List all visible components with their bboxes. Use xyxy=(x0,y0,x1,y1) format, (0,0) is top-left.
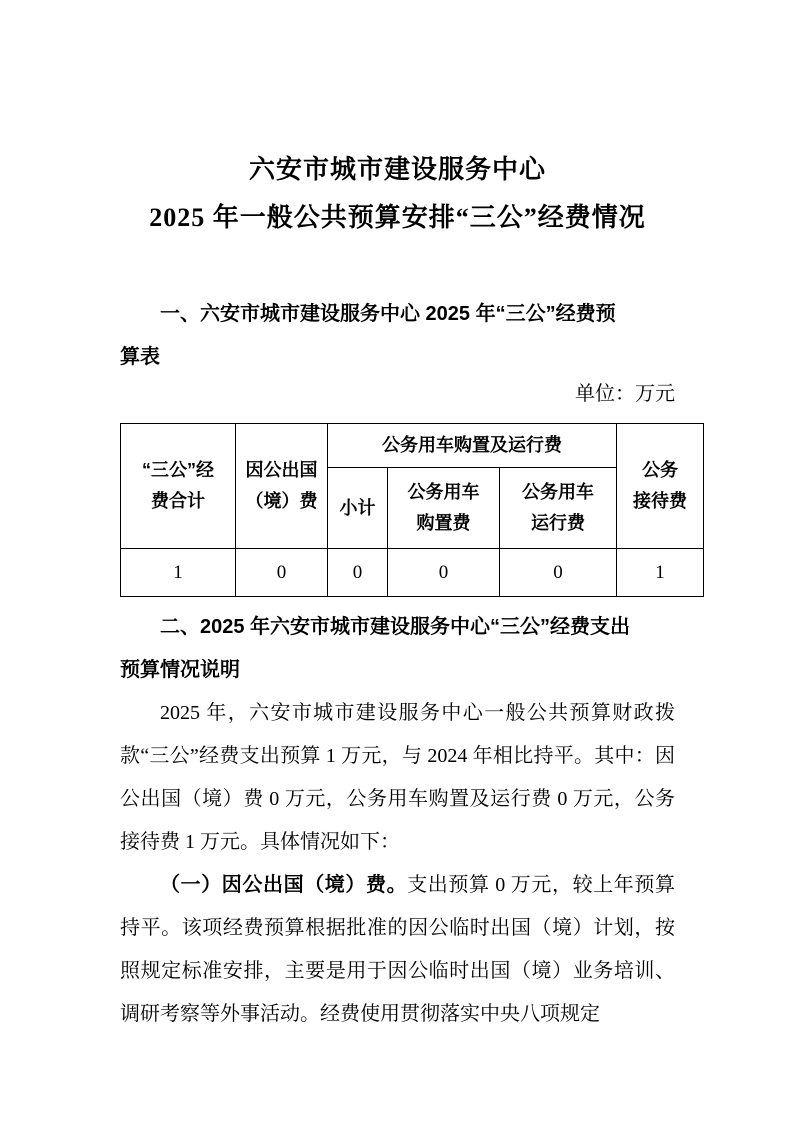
table-header-vehicle-group: 公务用车购置及运行费 xyxy=(328,424,617,468)
section-2-heading: 二、2025 年六安市城市建设服务中心“三公”经费支出 预算情况说明 xyxy=(120,606,675,692)
table-data-row: 1 0 0 0 0 1 xyxy=(121,549,704,597)
paragraph-abroad-lead: （一）因公出国（境）费。 xyxy=(160,874,407,896)
table-header-vehicle-subtotal: 小计 xyxy=(328,468,388,549)
value-total: 1 xyxy=(121,549,236,597)
unit-label: 单位：万元 xyxy=(120,379,675,409)
paragraph-abroad-text: 支出预算 0 万元，较上年预算持平。该项经费预算根据批准的因公临时出国（境）计划… xyxy=(120,874,675,1025)
section-1-heading: 一、六安市城市建设服务中心 2025 年“三公”经费预 算表 xyxy=(120,293,675,379)
table-header-reception: 公务 接待费 xyxy=(617,424,704,549)
table-header-total: “三公”经 费合计 xyxy=(121,424,236,549)
table-header-vehicle-purchase: 公务用车 购置费 xyxy=(388,468,500,549)
value-vehicle-operation: 0 xyxy=(500,549,617,597)
document-title-line-1: 六安市城市建设服务中心 xyxy=(120,146,675,194)
table-header-abroad: 因公出国 （境）费 xyxy=(236,424,328,549)
value-abroad: 0 xyxy=(236,549,328,597)
page-content: 六安市城市建设服务中心 2025 年一般公共预算安排“三公”经费情况 一、六安市… xyxy=(0,0,793,1036)
document-title-line-2: 2025 年一般公共预算安排“三公”经费情况 xyxy=(120,194,675,242)
value-reception: 1 xyxy=(617,549,704,597)
paragraph-summary: 2025 年，六安市城市建设服务中心一般公共预算财政拨款“三公”经费支出预算 1… xyxy=(120,692,675,864)
value-vehicle-purchase: 0 xyxy=(388,549,500,597)
paragraph-abroad: （一）因公出国（境）费。支出预算 0 万元，较上年预算持平。该项经费预算根据批准… xyxy=(120,864,675,1036)
value-vehicle-subtotal: 0 xyxy=(328,549,388,597)
document-page: 六安市城市建设服务中心 2025 年一般公共预算安排“三公”经费情况 一、六安市… xyxy=(0,0,793,1122)
budget-table: “三公”经 费合计 因公出国 （境）费 公务用车购置及运行费 公务 接待费 小计… xyxy=(120,423,704,597)
table-header-vehicle-operation: 公务用车 运行费 xyxy=(500,468,617,549)
